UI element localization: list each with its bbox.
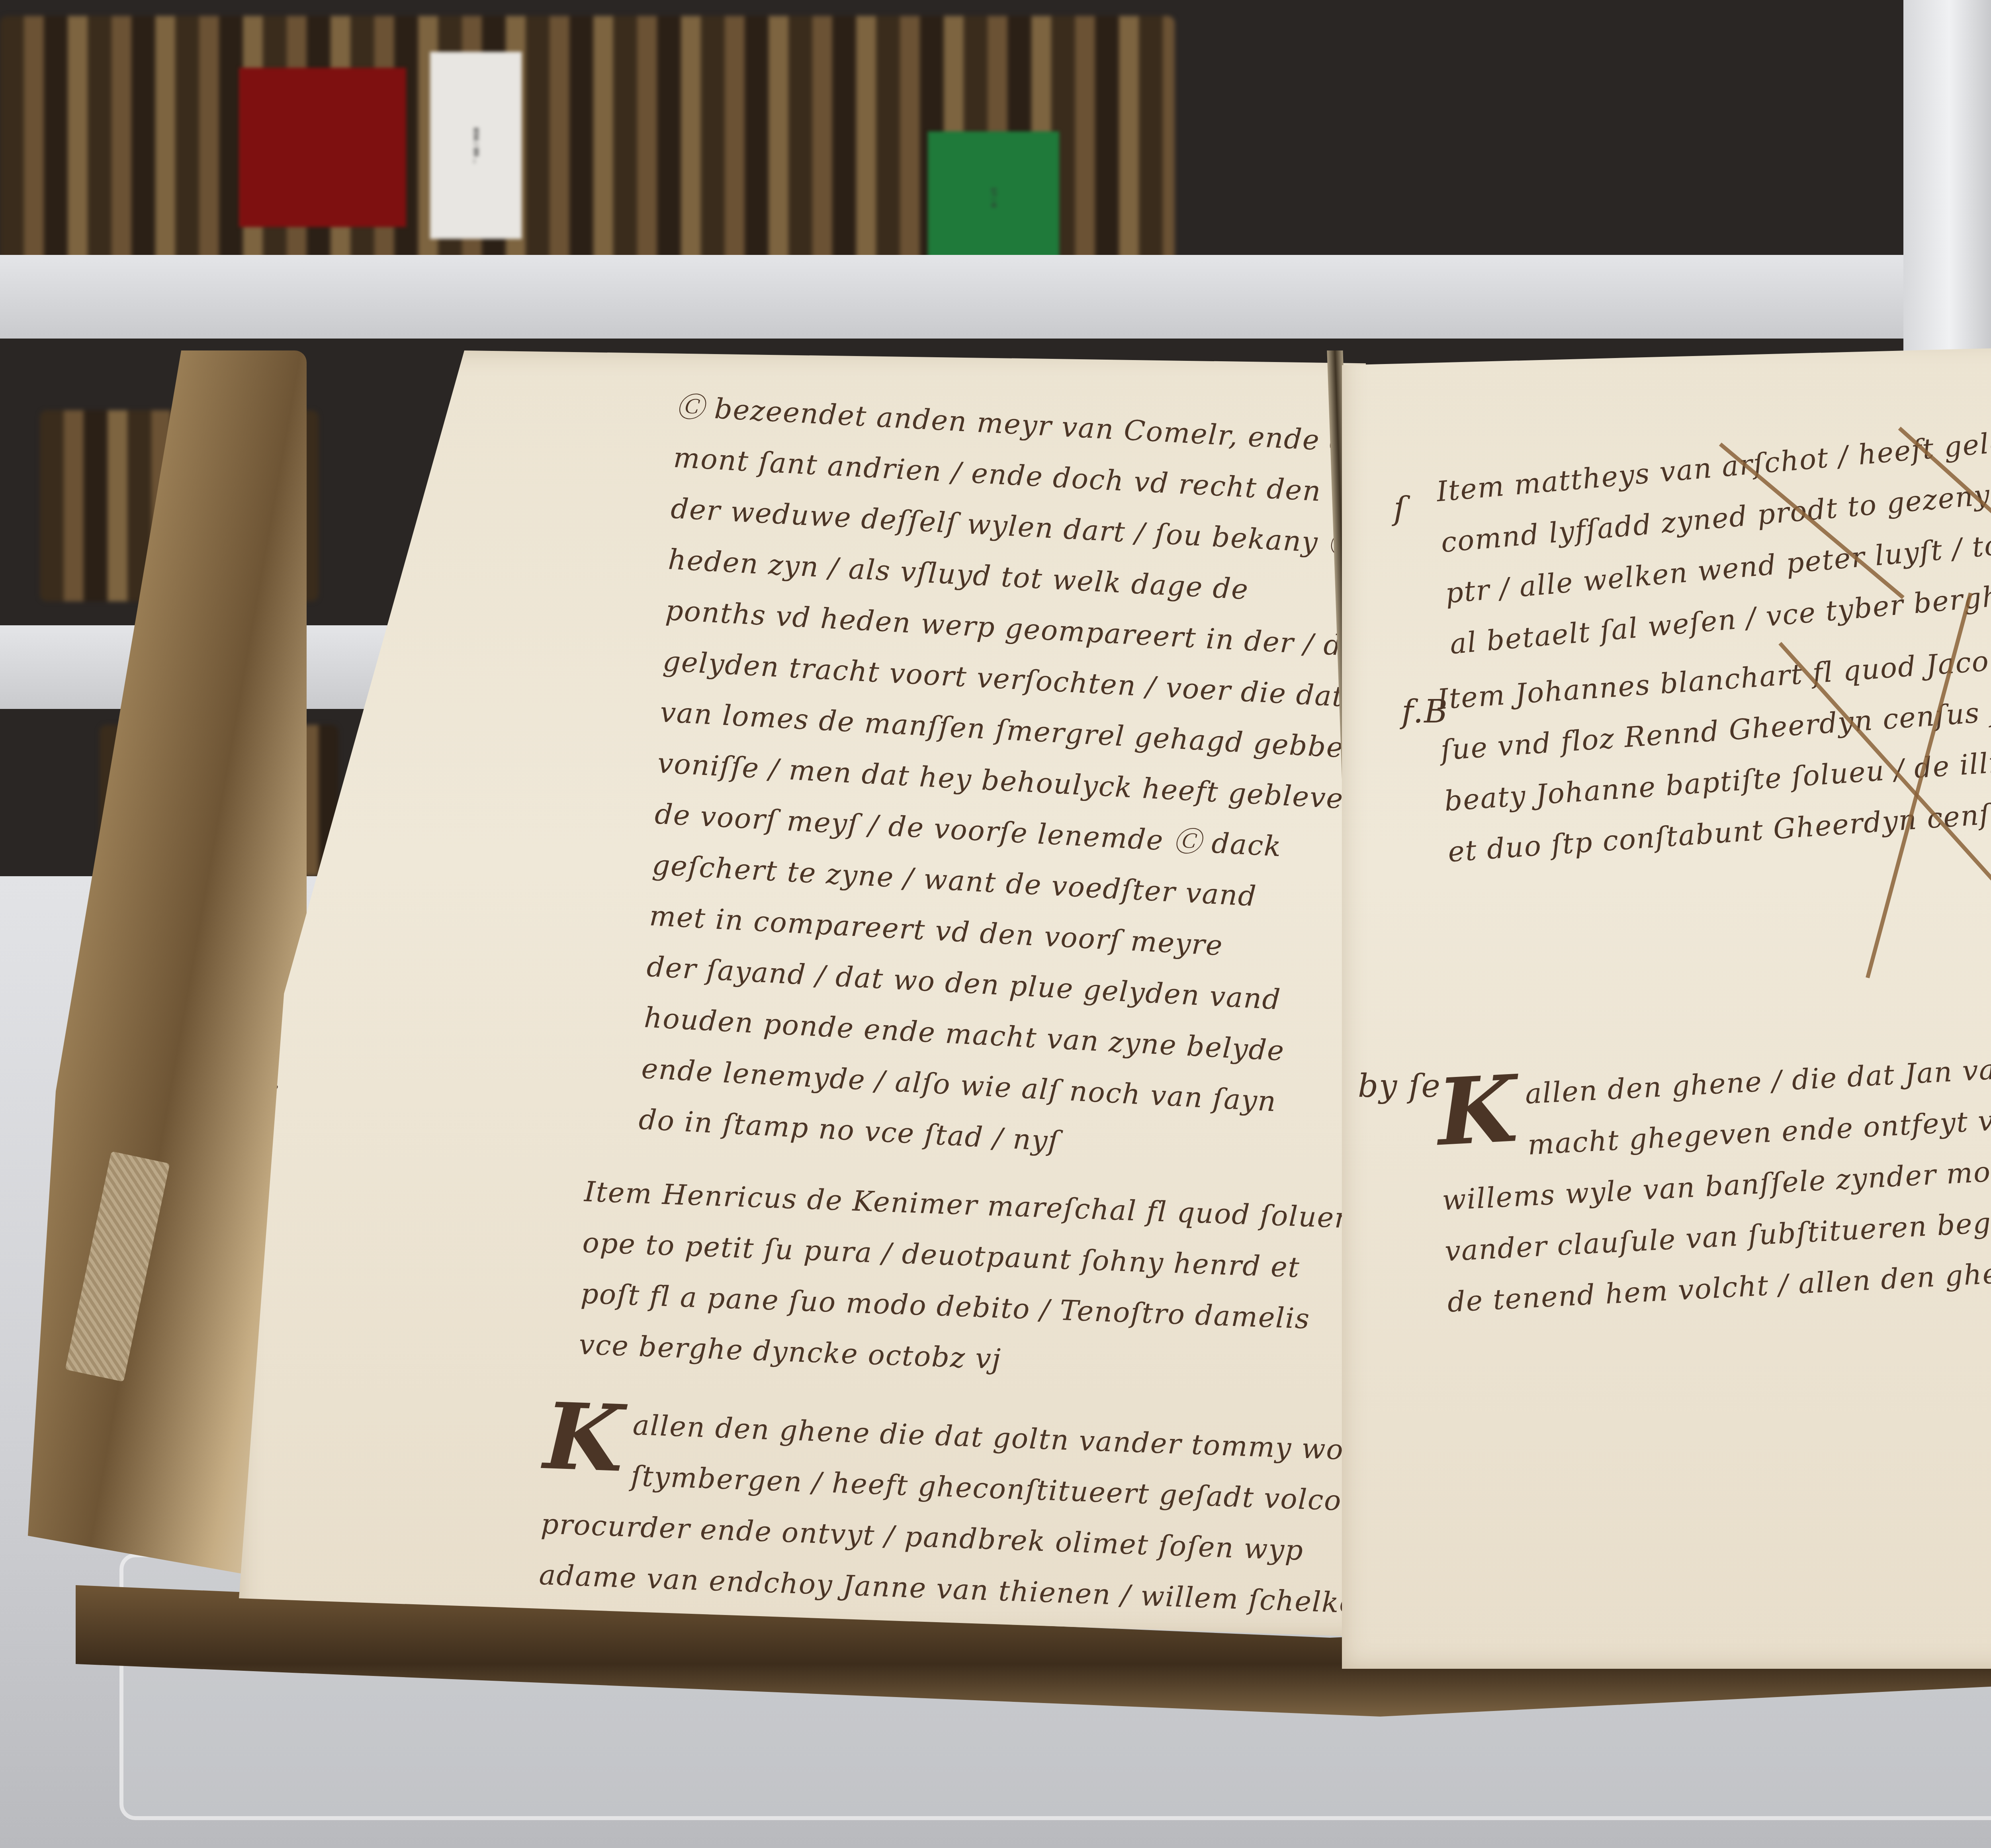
- decorated-initial: K: [543, 1396, 626, 1479]
- shelf-board-upper: [0, 255, 1991, 339]
- white-spine-label: 856 / 89 ..: [430, 52, 522, 239]
- margin-note: by ſe: [1358, 1067, 1441, 1104]
- decorated-initial: K: [1436, 1069, 1520, 1153]
- green-spine-label: 17 / 0: [928, 131, 1059, 263]
- margin-note: ſ: [1394, 490, 1406, 527]
- manuscript-book: ſ A. Ⓒ bezeendet anden meyr van Comelr, …: [16, 327, 1991, 1721]
- entry-3: K allen den ghene die dat goltn vander t…: [538, 1396, 1322, 1627]
- right-page: 111 ſ f.B by ſe Item mattheys van arſcho…: [1342, 339, 1991, 1669]
- entry-3: K allen den ghene / die dat Jan van banſ…: [1436, 1022, 1991, 1327]
- entry-2: Item Henricus de Kenimer mareſchal fl qu…: [578, 1166, 1322, 1396]
- entry-struck-1: Item mattheys van arſchot / heeft geloof…: [1434, 387, 1991, 670]
- red-spine-label: [239, 68, 406, 227]
- entry-1: Ⓒ bezeendet anden meyr van Comelr, ende …: [638, 381, 1353, 1180]
- left-page: ſ A. Ⓒ bezeendet anden meyr van Comelr, …: [239, 350, 1366, 1637]
